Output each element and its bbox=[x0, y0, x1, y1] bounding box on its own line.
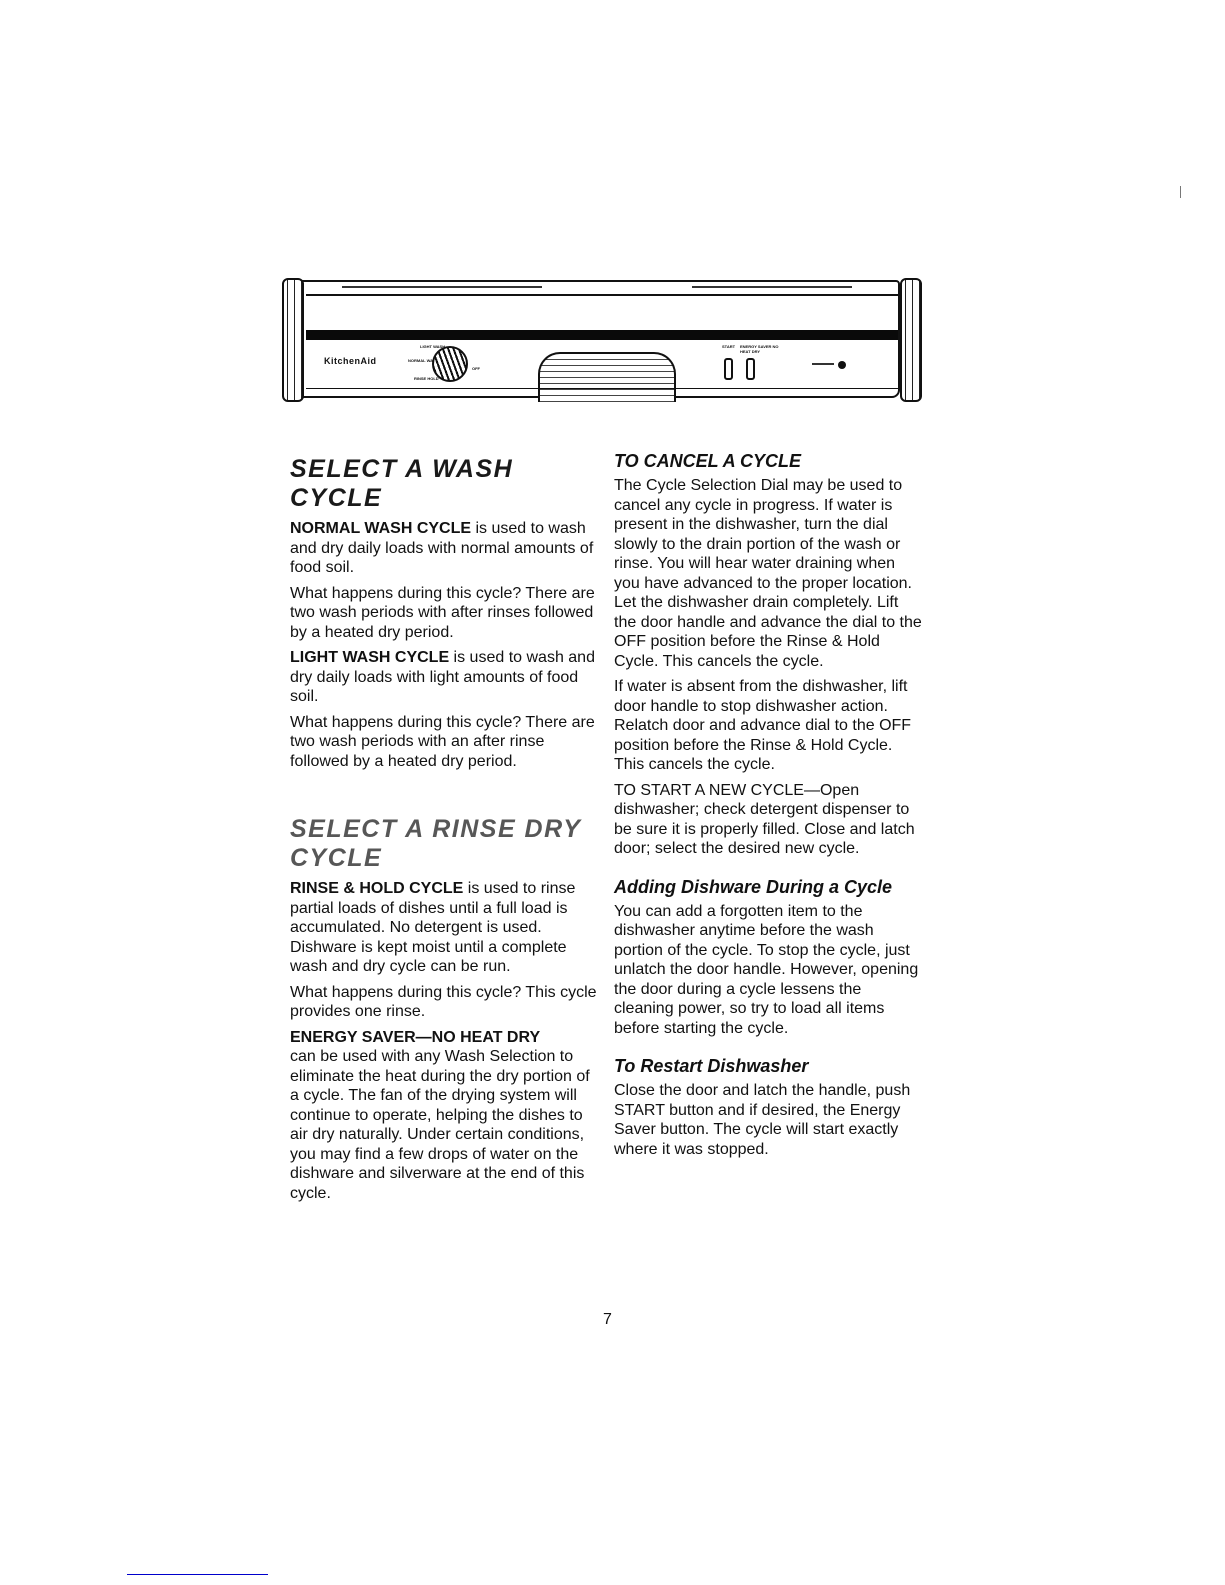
normal-wash-lead: NORMAL WASH CYCLE bbox=[290, 520, 471, 537]
trim-line bbox=[692, 286, 852, 288]
normal-wash-what-happens: What happens during this cycle? There ar… bbox=[290, 584, 600, 643]
cycle-selection-dial bbox=[432, 346, 468, 382]
light-wash-what-happens: What happens during this cycle? There ar… bbox=[290, 713, 600, 772]
energy-saver-text: can be used with any Wash Selection to e… bbox=[290, 1048, 590, 1202]
dial-label: OFF bbox=[472, 366, 480, 371]
footnote-rule bbox=[127, 1574, 268, 1575]
margin-tick-mark bbox=[1180, 186, 1181, 198]
rinse-hold-paragraph: RINSE & HOLD CYCLE is used to rinse part… bbox=[290, 879, 600, 977]
energy-saver-button-label: ENERGY SAVER NO HEAT DRY bbox=[740, 344, 780, 354]
rinse-hold-what-happens: What happens during this cycle? This cyc… bbox=[290, 983, 600, 1022]
heading-select-rinse-dry-cycle: SELECT A RINSE DRY CYCLE bbox=[290, 815, 600, 873]
control-panel-illustration: KitchenAid LIGHT WASH NORMAL WASH RINSE … bbox=[282, 278, 922, 402]
panel-top-trim bbox=[306, 294, 898, 296]
panel-left-end-cap bbox=[282, 278, 304, 402]
trim-line bbox=[342, 286, 542, 288]
energy-saver-button bbox=[746, 358, 755, 380]
cancel-paragraph-1: The Cycle Selection Dial may be used to … bbox=[614, 476, 924, 671]
energy-saver-lead: ENERGY SAVER—NO HEAT DRY bbox=[290, 1029, 540, 1046]
door-handle bbox=[538, 352, 676, 402]
start-button-label: START bbox=[722, 344, 735, 349]
right-column: TO CANCEL A CYCLE The Cycle Selection Di… bbox=[614, 445, 924, 1165]
energy-saver-paragraph: ENERGY SAVER—NO HEAT DRYcan be used with… bbox=[290, 1028, 600, 1204]
dial-label: RINSE HOLD bbox=[414, 376, 439, 381]
cancel-paragraph-2: If water is absent from the dishwasher, … bbox=[614, 677, 924, 775]
heading-adding-dishware: Adding Dishware During a Cycle bbox=[614, 877, 924, 897]
panel-right-end-cap bbox=[900, 278, 922, 402]
heading-select-wash-cycle: SELECT A WASH CYCLE bbox=[290, 455, 600, 513]
start-button bbox=[724, 358, 733, 380]
brand-logo: KitchenAid bbox=[324, 356, 377, 366]
light-wash-lead: LIGHT WASH CYCLE bbox=[290, 649, 449, 666]
indicator-label bbox=[812, 363, 834, 365]
start-new-cycle-paragraph: TO START A NEW CYCLE—Open dishwasher; ch… bbox=[614, 781, 924, 859]
light-wash-paragraph: LIGHT WASH CYCLE is used to wash and dry… bbox=[290, 648, 600, 707]
panel-bottom-trim bbox=[306, 388, 898, 389]
panel-black-band bbox=[306, 330, 898, 340]
page-number: 7 bbox=[603, 1311, 612, 1329]
restart-paragraph: Close the door and latch the handle, pus… bbox=[614, 1081, 924, 1159]
left-column: SELECT A WASH CYCLE NORMAL WASH CYCLE is… bbox=[290, 445, 600, 1209]
heading-cancel-cycle: TO CANCEL A CYCLE bbox=[614, 451, 924, 471]
adding-dishware-paragraph: You can add a forgotten item to the dish… bbox=[614, 902, 924, 1039]
normal-wash-paragraph: NORMAL WASH CYCLE is used to wash and dr… bbox=[290, 519, 600, 578]
rinse-hold-lead: RINSE & HOLD CYCLE bbox=[290, 880, 463, 897]
indicator-light-icon bbox=[838, 361, 846, 369]
heading-restart-dishwasher: To Restart Dishwasher bbox=[614, 1056, 924, 1076]
